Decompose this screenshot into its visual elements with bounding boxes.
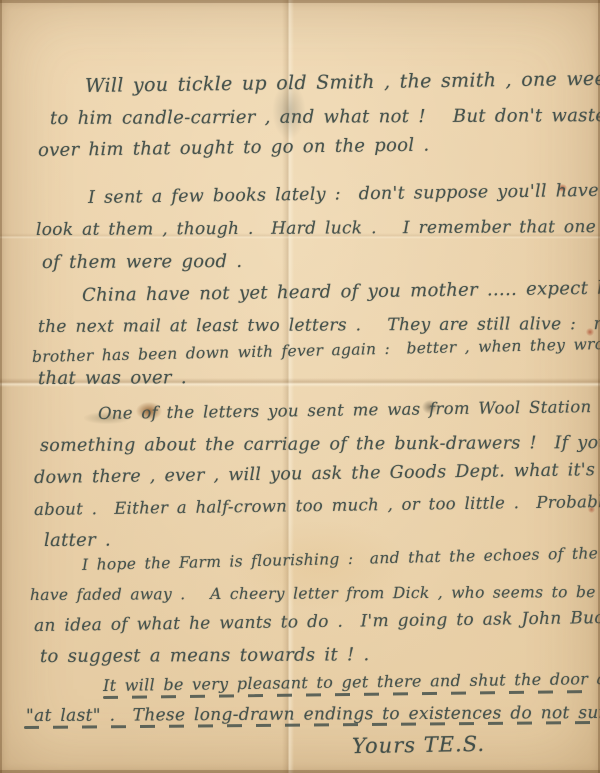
letter-line: that was over . — [38, 367, 187, 389]
paper-edge — [0, 0, 600, 3]
letter-line: One of the letters you sent me was from … — [98, 396, 600, 423]
letter-line: have faded away . A cheery letter from D… — [30, 583, 600, 604]
letter-page: Will you tickle up old Smith , the smith… — [0, 0, 600, 773]
letter-line: Will you tickle up old Smith , the smith… — [85, 67, 600, 97]
signature: Yours TE.S. — [352, 732, 485, 758]
letter-line: I sent a few books lately : don't suppos… — [88, 180, 600, 208]
letter-line: latter . — [44, 530, 111, 551]
letter-line: something about the carriage of the bunk… — [40, 433, 600, 456]
letter-line: of them were good . — [42, 251, 242, 273]
letter-line: brother has been down with fever again :… — [32, 333, 600, 366]
letter-line: I hope the Farm is flourishing : and tha… — [82, 543, 600, 574]
letter-line: over him that ought to go on the pool . — [38, 135, 430, 161]
paper-edge — [0, 0, 2, 773]
letter-line: the next mail at least two letters . The… — [38, 314, 600, 337]
letter-line: down there , ever , will you ask the Goo… — [34, 460, 600, 488]
letter-line: China have not yet heard of you mother .… — [82, 277, 600, 306]
letter-line: about . Either a half-crown too much , o… — [34, 491, 600, 519]
letter-line: an idea of what he wants to do . I'm goi… — [34, 608, 600, 636]
letter-line: to him candle-carrier , and what not ! B… — [50, 105, 600, 129]
letter-line: to suggest a means towards it ! . — [40, 644, 370, 667]
letter-line: look at them , though . Hard luck . I re… — [36, 217, 600, 240]
